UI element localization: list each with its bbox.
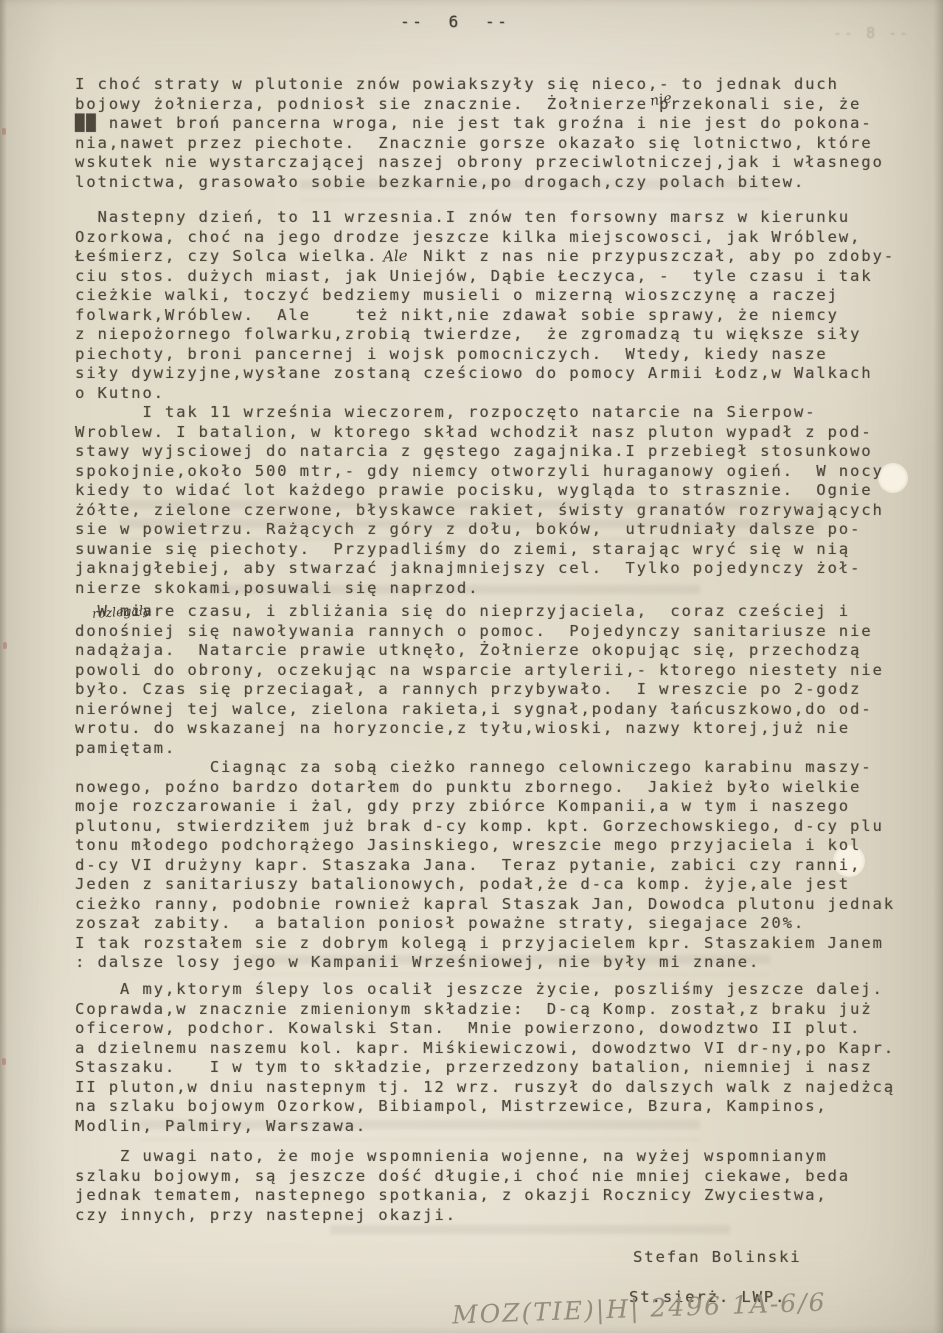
paragraph-1: I choć straty w plutonie znów powiakszył… [75, 75, 884, 192]
paragraph-5: Z uwagi nato, że moje wspomnienia wojenn… [75, 1147, 850, 1225]
paragraph-2: Nastepny dzień, to 11 wrzesnia.I znów te… [75, 208, 895, 598]
handwritten-insertion-nie: nie [649, 90, 673, 109]
ghost-page-number: -- 8 -- [833, 24, 910, 42]
paragraph-3: W miare czasu, i zbliżania się do nieprz… [75, 602, 895, 973]
page-number: -- 6 -- [400, 12, 509, 32]
edge-speck [2, 128, 6, 135]
ghost-impression [330, 1225, 730, 1243]
archive-mark-handwriting: MOZ(TIE)|H| 2496 1A-6/6 [452, 1287, 827, 1329]
paragraph-4: A my,ktorym ślepy los ocalił jeszcze życ… [75, 980, 895, 1136]
edge-speck [2, 1058, 6, 1065]
scanned-document-page: -- 6 -- -- 8 -- I choć straty w plutonie… [0, 0, 943, 1333]
page-edge-shadow-right [933, 0, 943, 1333]
signature-name: Stefan Bolinski [633, 1248, 801, 1268]
handwritten-insertion-ale: Ale [383, 246, 408, 265]
edge-speck [3, 642, 7, 649]
page-edge-shadow-left [0, 0, 7, 1333]
